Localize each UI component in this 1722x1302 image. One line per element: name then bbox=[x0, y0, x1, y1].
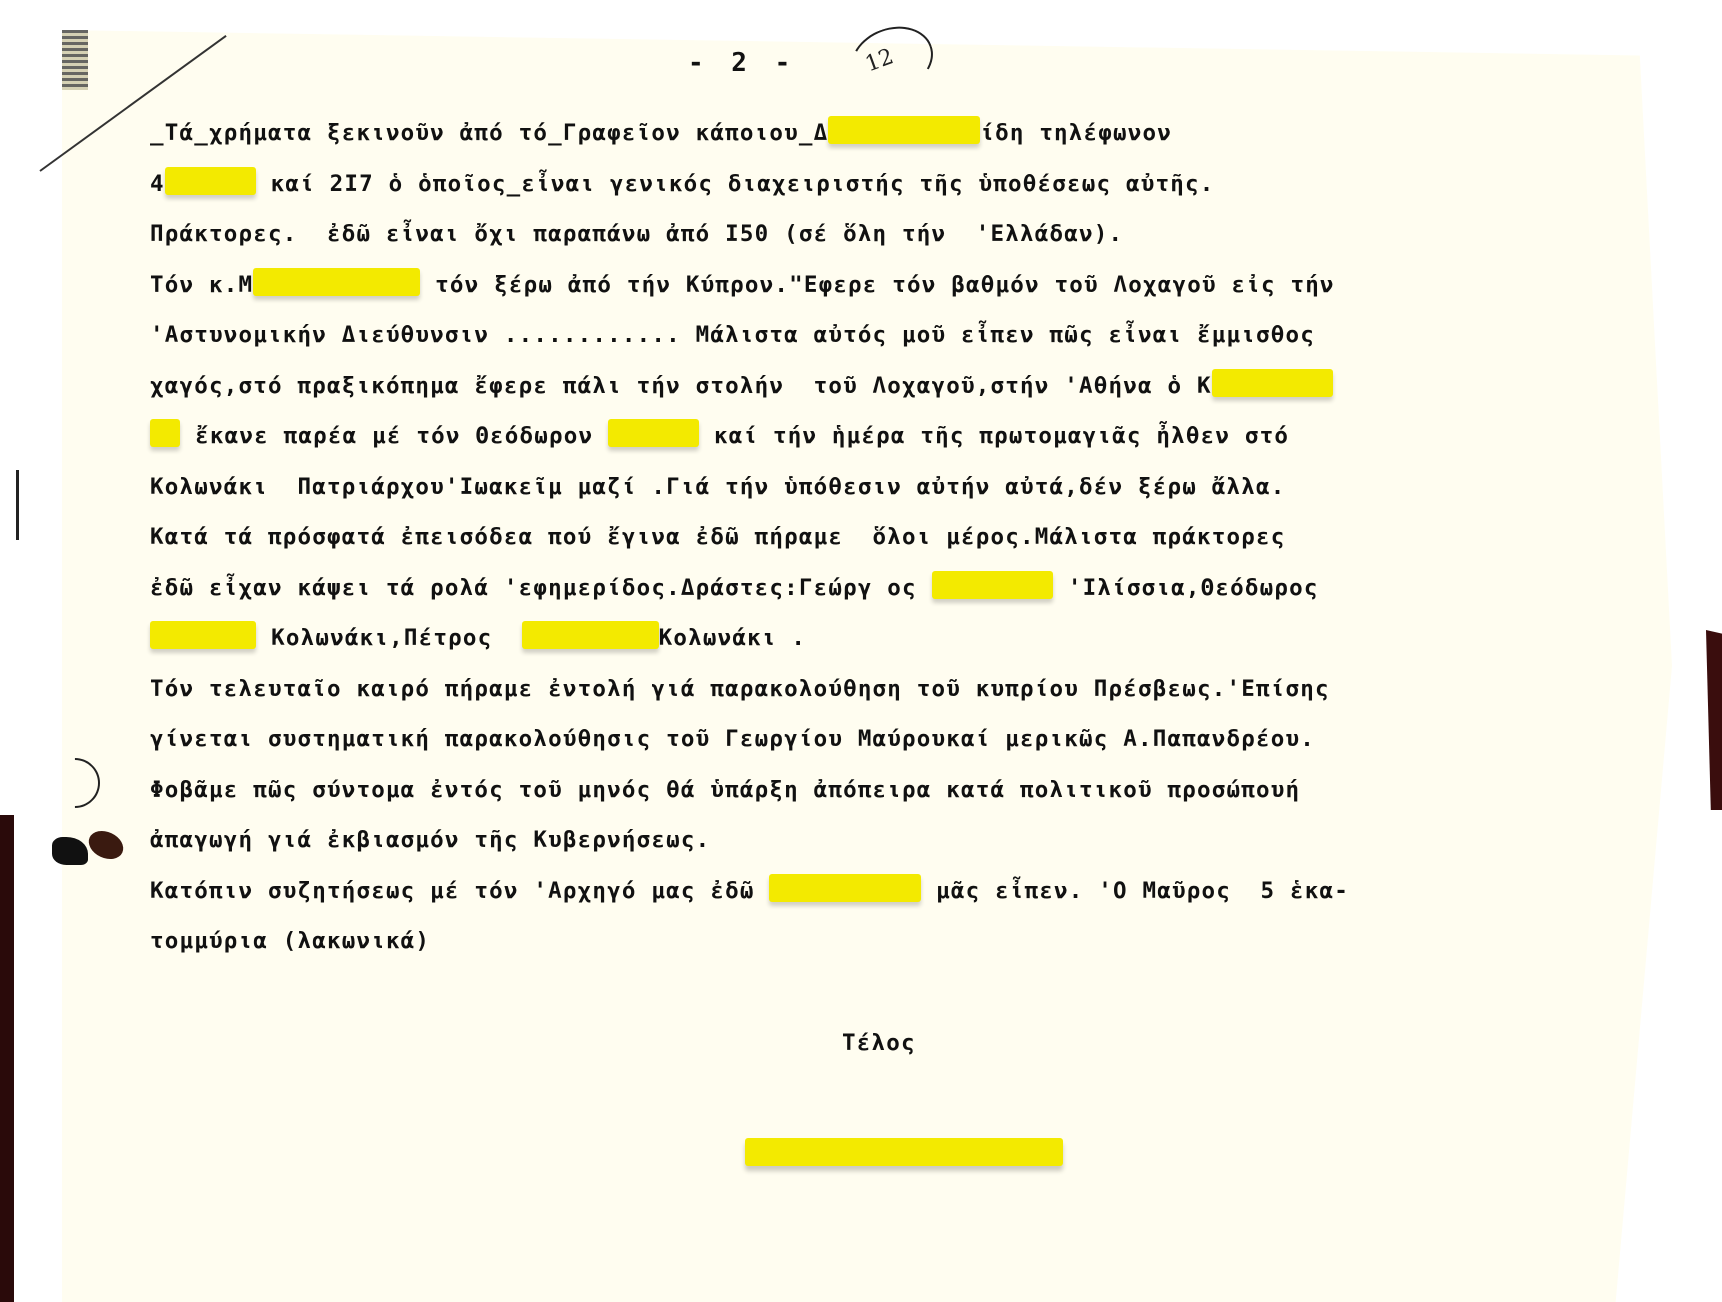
redaction-bar bbox=[165, 167, 256, 195]
typed-text: ίδη τηλέφωνον bbox=[980, 120, 1172, 146]
text-line: 'Αστυνομικήν Διεύθυνσιν ............ Μάλ… bbox=[150, 310, 1620, 361]
text-line: Πράκτορες. ἐδῶ εἶναι ὄχι παραπάνω ἀπό Ι5… bbox=[150, 209, 1620, 260]
text-line: τομμύρια (λακωνικά) bbox=[150, 916, 1620, 967]
typed-text: μᾶς εἶπεν. 'Ο Μαῦρος 5 ἑκα- bbox=[921, 878, 1349, 904]
text-line: χαγός,στό πραξικόπημα ἔφερε πάλι τήν στο… bbox=[150, 361, 1620, 412]
text-line: Κατά τά πρόσφατά ἐπεισόδεα πού ἔγινα ἐδῶ… bbox=[150, 512, 1620, 563]
typed-text: τομμύρια (λακωνικά) bbox=[150, 928, 430, 954]
typed-text: καί 2Ι7 ὁ ὁποῖος_εἶναι γενικός διαχειρισ… bbox=[256, 171, 1215, 197]
scan-edge-left bbox=[0, 815, 14, 1302]
redaction-bar bbox=[150, 419, 180, 447]
typed-text: ἀπαγωγή γιά ἐκβιασμόν τῆς Κυβερνήσεως. bbox=[150, 827, 710, 853]
text-line: Τόν κ.Μ τόν ξέρω ἀπό τήν Κύπρον."Εφερε τ… bbox=[150, 260, 1620, 311]
typed-text: Φοβᾶμε πῶς σύντομα ἐντός τοῦ μηνός θά ὑπ… bbox=[150, 777, 1300, 803]
typed-text: γίνεται συστηματική παρακολούθησις τοῦ Γ… bbox=[150, 726, 1315, 752]
typed-text: Κατόπιν συζητήσεως μέ τόν 'Αρχηγό μας ἐδ… bbox=[150, 878, 769, 904]
margin-mark bbox=[16, 470, 19, 540]
typed-text: Κολωνάκι,Πέτρος bbox=[256, 625, 521, 651]
redaction-bar bbox=[522, 621, 659, 649]
typed-text: ἐδῶ εἶχαν κάψει τά ρολά 'εφημερίδος.Δράσ… bbox=[150, 575, 932, 601]
scan-edge-right bbox=[1706, 630, 1722, 810]
text-line: Τόν τελευταῖο καιρό πήραμε ἐντολή γιά πα… bbox=[150, 664, 1620, 715]
typed-text: καί τήν ἡμέρα τῆς πρωτομαγιᾶς ἦλθεν στό bbox=[699, 423, 1289, 449]
typed-text: Τόν κ.Μ bbox=[150, 272, 253, 298]
redaction-bar bbox=[828, 116, 980, 144]
signature-redaction bbox=[745, 1138, 1063, 1166]
typed-text: 'Αστυνομικήν Διεύθυνσιν ............ Μάλ… bbox=[150, 322, 1315, 348]
typed-text: 4 bbox=[150, 171, 165, 197]
typed-text: χαγός,στό πραξικόπημα ἔφερε πάλι τήν στο… bbox=[150, 373, 1212, 399]
redaction-bar bbox=[608, 419, 699, 447]
typed-text: Τόν τελευταῖο καιρό πήραμε ἐντολή γιά πα… bbox=[150, 676, 1330, 702]
text-line: ἀπαγωγή γιά ἐκβιασμόν τῆς Κυβερνήσεως. bbox=[150, 815, 1620, 866]
closing-word: Τέλος bbox=[842, 1030, 916, 1056]
text-line: ἐδῶ εἶχαν κάψει τά ρολά 'εφημερίδος.Δράσ… bbox=[150, 563, 1620, 614]
typed-text: Πράκτορες. ἐδῶ εἶναι ὄχι παραπάνω ἀπό Ι5… bbox=[150, 221, 1123, 247]
redaction-bar bbox=[769, 874, 921, 902]
typed-text: 'Ιλίσσια,Θεόδωρος bbox=[1053, 575, 1318, 601]
typed-text: _Τά_χρήματα ξεκινοῦν ἀπό τό_Γραφεῖον κάπ… bbox=[150, 120, 828, 146]
typed-text: τόν ξέρω ἀπό τήν Κύπρον."Εφερε τόν βαθμό… bbox=[420, 272, 1334, 298]
typed-text: Κολωνάκι Πατριάρχου'Ιωακεῖμ μαζί .Γιά τή… bbox=[150, 474, 1285, 500]
text-line: _Τά_χρήματα ξεκινοῦν ἀπό τό_Γραφεῖον κάπ… bbox=[150, 108, 1620, 159]
text-line: Κολωνάκι,Πέτρος Κολωνάκι . bbox=[150, 613, 1620, 664]
page-number: - 2 - bbox=[688, 48, 796, 78]
corner-stain bbox=[62, 30, 88, 90]
text-line: 4 καί 2Ι7 ὁ ὁποῖος_εἶναι γενικός διαχειρ… bbox=[150, 159, 1620, 210]
text-line: γίνεται συστηματική παρακολούθησις τοῦ Γ… bbox=[150, 714, 1620, 765]
text-line: Φοβᾶμε πῶς σύντομα ἐντός τοῦ μηνός θά ὑπ… bbox=[150, 765, 1620, 816]
redaction-bar bbox=[253, 268, 420, 296]
document-body: _Τά_χρήματα ξεκινοῦν ἀπό τό_Γραφεῖον κάπ… bbox=[150, 108, 1620, 967]
text-line: Κατόπιν συζητήσεως μέ τόν 'Αρχηγό μας ἐδ… bbox=[150, 866, 1620, 917]
redaction-bar bbox=[932, 571, 1054, 599]
text-line: ἔκανε παρέα μέ τόν Θεόδωρον καί τήν ἡμέρ… bbox=[150, 411, 1620, 462]
text-line: Κολωνάκι Πατριάρχου'Ιωακεῖμ μαζί .Γιά τή… bbox=[150, 462, 1620, 513]
redaction-bar bbox=[150, 621, 256, 649]
typed-text: ἔκανε παρέα μέ τόν Θεόδωρον bbox=[180, 423, 608, 449]
redaction-bar bbox=[1212, 369, 1334, 397]
typed-text: Κατά τά πρόσφατά ἐπεισόδεα πού ἔγινα ἐδῶ… bbox=[150, 524, 1285, 550]
typed-text: Κολωνάκι . bbox=[659, 625, 806, 651]
handwritten-annotation-text: 12 bbox=[862, 44, 897, 77]
